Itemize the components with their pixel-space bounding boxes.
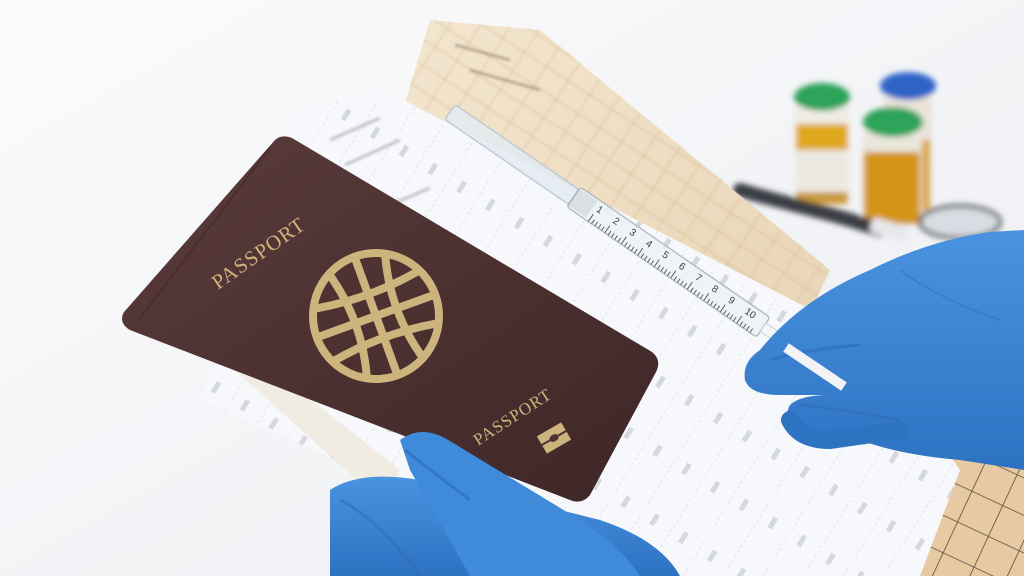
vial-green-cap-left bbox=[794, 83, 850, 204]
photo-scene: 12345678910 PASSPORT PA bbox=[0, 0, 1024, 576]
scene-illustration: 12345678910 PASSPORT PA bbox=[0, 0, 1024, 576]
vial-green-cap-front bbox=[862, 107, 923, 226]
